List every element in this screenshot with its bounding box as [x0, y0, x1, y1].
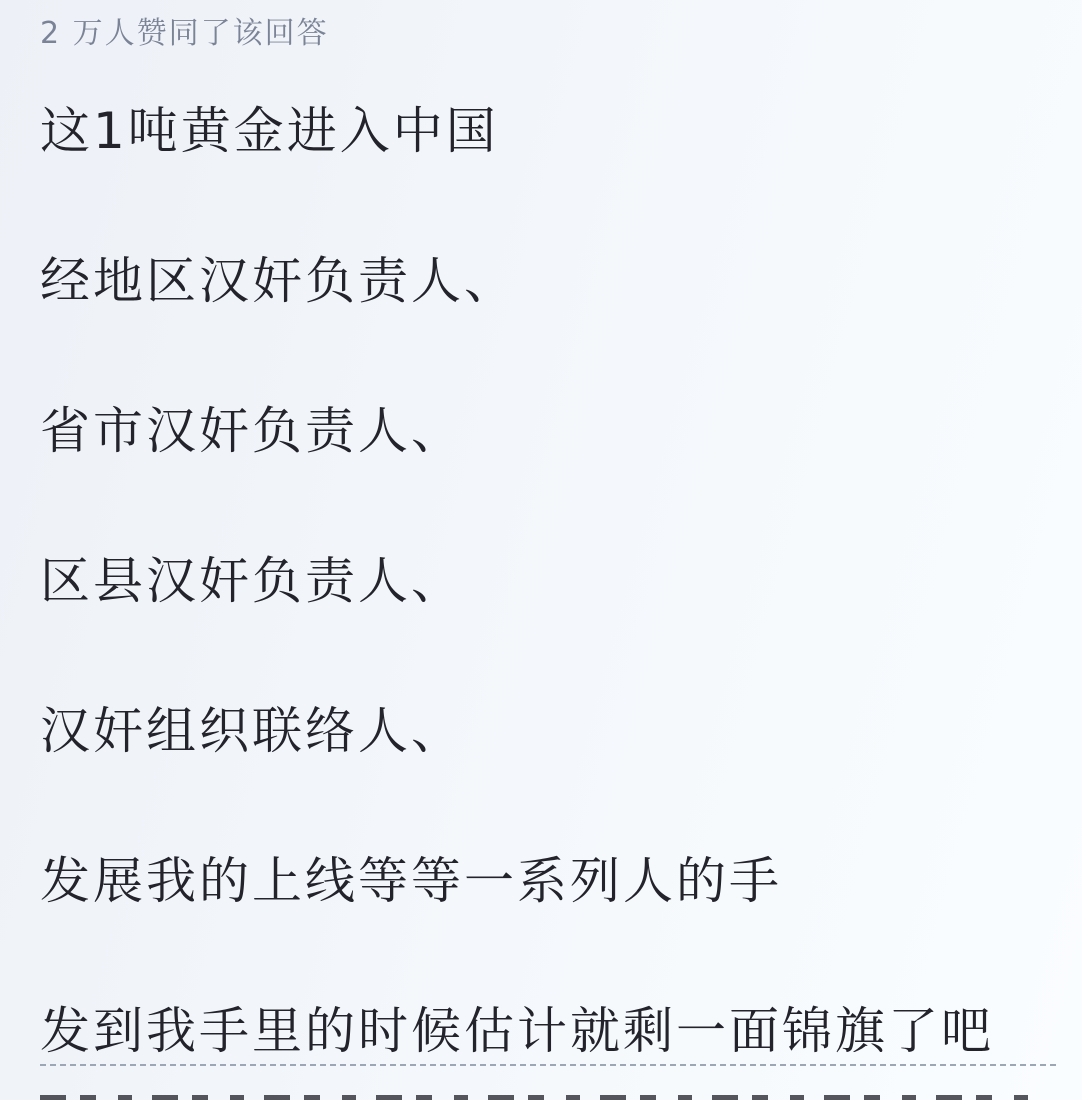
answer-paragraph: 这1吨黄金进入中国 — [40, 100, 1056, 162]
answer-view: 2 万人赞同了该回答 这1吨黄金进入中国 经地区汉奸负责人、 省市汉奸负责人、 … — [0, 0, 1082, 1100]
answer-paragraph: 省市汉奸负责人、 — [40, 400, 1056, 462]
upvote-count-label: 2 万人赞同了该回答 — [40, 14, 1056, 54]
answer-paragraph: 发展我的上线等等一系列人的手 — [40, 850, 1056, 912]
cutoff-next-line — [40, 1095, 1042, 1100]
answer-paragraph: 汉奸组织联络人、 — [40, 700, 1056, 762]
answer-paragraph: 经地区汉奸负责人、 — [40, 250, 1056, 312]
answer-paragraph-underlined: 发到我手里的时候估计就剩一面锦旗了吧 — [40, 1000, 1056, 1066]
answer-paragraph: 区县汉奸负责人、 — [40, 550, 1056, 612]
answer-content: 这1吨黄金进入中国 经地区汉奸负责人、 省市汉奸负责人、 区县汉奸负责人、 汉奸… — [40, 100, 1056, 1066]
